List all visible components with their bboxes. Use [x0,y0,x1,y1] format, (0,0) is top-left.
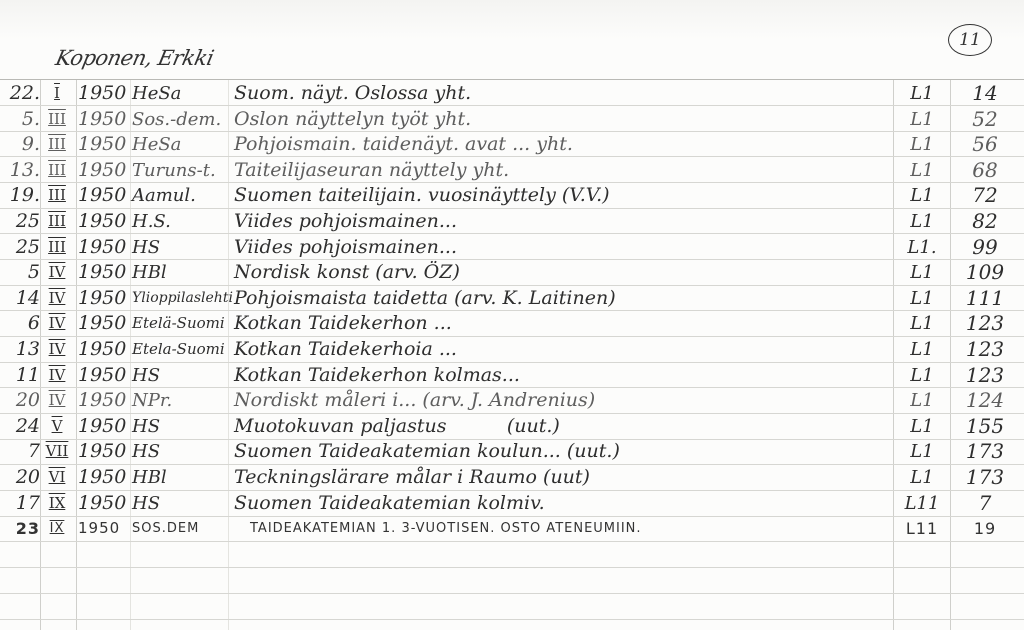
entry-title: Viides pohjoismainen... [234,208,884,234]
entry-row: 19. III 1950 Aamul. Suomen taiteilijain.… [0,182,1024,208]
entry-month: IV [42,362,72,388]
entry-page: 68 [952,157,1018,183]
entry-year: 1950 [78,464,130,490]
entry-volume: L1 [896,413,948,439]
entry-row: 7 VII 1950 HS Suomen Taideakatemian koul… [0,438,1024,464]
entry-row: 20 VI 1950 HBl Teckningslärare målar i R… [0,464,1024,490]
entry-day: 5 [2,259,40,285]
entry-page: 7 [952,490,1018,516]
entry-row: 5 IV 1950 HBl Nordisk konst (arv. ÖZ) L1… [0,259,1024,285]
entry-day: 25 [2,208,40,234]
entry-source: NPr. [132,387,232,413]
entry-row: 25 III 1950 HS Viides pohjoismainen... L… [0,234,1024,260]
entry-month: III [42,182,72,208]
entry-source: HS [132,490,232,516]
row-rule [0,541,1024,542]
entry-volume: L1 [896,80,948,106]
entry-source: HeSa [132,80,232,106]
entry-day: 19. [2,182,40,208]
entry-volume: L1 [896,182,948,208]
entry-row: 11 IV 1950 HS Kotkan Taidekerhon kolmas.… [0,362,1024,388]
entry-source: HBl [132,464,232,490]
entry-day: 9. [2,131,40,157]
entry-source: Etelä-Suomi [132,310,232,336]
entry-title: TAIDEAKATEMIAN 1. 3-VUOTISEN. OSTO ATENE… [250,515,900,541]
entry-day: 11 [2,362,40,388]
entry-page: 111 [952,285,1018,311]
entry-title: Viides pohjoismainen... [234,234,884,260]
entry-page: 124 [952,387,1018,413]
entry-title: Nordisk konst (arv. ÖZ) [234,259,884,285]
entry-volume: L1 [896,285,948,311]
entry-source: HS [132,234,232,260]
entry-day: 6 [2,310,40,336]
entry-month: VII [42,438,72,464]
entry-title: Nordiskt måleri i... (arv. J. Andrenius) [234,387,884,413]
entry-page: 99 [952,234,1018,260]
entry-year: 1950 [78,259,130,285]
entry-day: 14 [2,285,40,311]
entry-day: 20 [2,464,40,490]
entry-page: 56 [952,131,1018,157]
entry-year: 1950 [78,362,130,388]
entry-title: Pohjoismain. taidenäyt. avat ... yht. [234,131,884,157]
entry-volume: L1 [896,106,948,132]
entry-title: Suomen taiteilijain. vuosinäyttely (V.V.… [234,182,884,208]
entry-month: VI [42,464,72,490]
entry-volume: L1 [896,387,948,413]
entry-source: HS [132,413,232,439]
entry-day: 24 [2,413,40,439]
entry-volume: L11 [896,515,948,541]
entry-page: 123 [952,362,1018,388]
entry-page: 123 [952,336,1018,362]
entry-list: 22. I 1950 HeSa Suom. näyt. Oslossa yht.… [0,80,1024,541]
entry-source: HBl [132,259,232,285]
entry-source: SOS.DEM [132,515,232,541]
entry-month: III [42,106,72,132]
entry-year: 1950 [78,336,130,362]
entry-page: 173 [952,464,1018,490]
entry-row: 5. III 1950 Sos.-dem. Oslon näyttelyn ty… [0,106,1024,132]
entry-title: Suom. näyt. Oslossa yht. [234,80,884,106]
entry-year: 1950 [78,413,130,439]
entry-source: HS [132,362,232,388]
entry-source: Ylioppilaslehti [132,285,232,311]
entry-page: 155 [952,413,1018,439]
entry-month: IV [42,310,72,336]
entry-year: 1950 [78,310,130,336]
entry-volume: L1 [896,208,948,234]
entry-title: Kotkan Taidekerhon kolmas... [234,362,884,388]
entry-row: 13. III 1950 Turuns-t. Taiteilijaseuran … [0,157,1024,183]
entry-page: 173 [952,438,1018,464]
entry-volume: L1 [896,438,948,464]
entry-day: 20 [2,387,40,413]
entry-title: Kotkan Taidekerhon ... [234,310,884,336]
entry-title: Suomen Taideakatemian kolmiv. [234,490,884,516]
entry-page: 123 [952,310,1018,336]
entry-source: H.S. [132,208,232,234]
entry-row: 23 IX 1950 SOS.DEM TAIDEAKATEMIAN 1. 3-V… [0,515,1024,541]
entry-source: HS [132,438,232,464]
entry-row: 14 IV 1950 Ylioppilaslehti Pohjoismaista… [0,285,1024,311]
entry-row: 6 IV 1950 Etelä-Suomi Kotkan Taidekerhon… [0,310,1024,336]
entry-title: Muotokuvan paljastus (uut.) [234,413,884,439]
entry-volume: L1 [896,336,948,362]
entry-volume: L1 [896,131,948,157]
entry-month: IV [42,259,72,285]
entry-source: Etela-Suomi [132,336,232,362]
entry-day: 22. [2,80,40,106]
entry-month: I [42,80,72,106]
entry-volume: L1 [896,310,948,336]
entry-month: IV [42,387,72,413]
entry-day: 13 [2,336,40,362]
row-rule [0,593,1024,594]
entry-source: Turuns-t. [132,157,232,183]
entry-row: 22. I 1950 HeSa Suom. näyt. Oslossa yht.… [0,80,1024,106]
entry-volume: L1. [896,234,948,260]
entry-day: 13. [2,157,40,183]
entry-year: 1950 [78,387,130,413]
entry-source: Sos.-dem. [132,106,232,132]
entry-day: 7 [2,438,40,464]
entry-month: III [42,234,72,260]
entry-title: Teckningslärare målar i Raumo (uut) [234,464,884,490]
entry-year: 1950 [78,131,130,157]
entry-page: 52 [952,106,1018,132]
entry-row: 24 V 1950 HS Muotokuvan paljastus (uut.)… [0,413,1024,439]
entry-month: III [42,157,72,183]
index-card: Koponen, Erkki 11 22. I 1950 HeSa Suom. … [0,0,1024,630]
entry-day: 25 [2,234,40,260]
entry-volume: L1 [896,464,948,490]
entry-page: 82 [952,208,1018,234]
artist-name: Koponen, Erkki [53,46,215,70]
entry-row: 13 IV 1950 Etela-Suomi Kotkan Taidekerho… [0,336,1024,362]
entry-year: 1950 [78,515,130,541]
entry-row: 9. III 1950 HeSa Pohjoismain. taidenäyt.… [0,131,1024,157]
entry-source: Aamul. [132,182,232,208]
entry-year: 1950 [78,438,130,464]
row-rule [0,567,1024,568]
entry-month: III [42,208,72,234]
entry-page: 19 [952,515,1018,541]
entry-title: Kotkan Taidekerhoia ... [234,336,884,362]
entry-row: 17 IX 1950 HS Suomen Taideakatemian kolm… [0,490,1024,516]
entry-volume: L1 [896,157,948,183]
entry-title: Oslon näyttelyn työt yht. [234,106,884,132]
entry-title: Pohjoismaista taidetta (arv. K. Laitinen… [234,285,884,311]
entry-volume: L1 [896,362,948,388]
entry-page: 109 [952,259,1018,285]
entry-day: 23 [2,515,40,541]
entry-month: IX [42,515,72,541]
entry-page: 72 [952,182,1018,208]
entry-month: IV [42,285,72,311]
entry-row: 20 IV 1950 NPr. Nordiskt måleri i... (ar… [0,387,1024,413]
entry-day: 5. [2,106,40,132]
entry-page: 14 [952,80,1018,106]
entry-volume: L1 [896,259,948,285]
entry-year: 1950 [78,182,130,208]
card-number-badge: 11 [948,24,992,56]
entry-year: 1950 [78,490,130,516]
entry-volume: L11 [896,490,948,516]
entry-title: Suomen Taideakatemian koulun... (uut.) [234,438,884,464]
entry-title: Taiteilijaseuran näyttely yht. [234,157,884,183]
entry-year: 1950 [78,285,130,311]
row-rule [0,619,1024,620]
entry-month: V [42,413,72,439]
entry-year: 1950 [78,157,130,183]
entry-year: 1950 [78,106,130,132]
entry-row: 25 III 1950 H.S. Viides pohjoismainen...… [0,208,1024,234]
entry-year: 1950 [78,208,130,234]
entry-month: IV [42,336,72,362]
entry-source: HeSa [132,131,232,157]
entry-year: 1950 [78,234,130,260]
entry-year: 1950 [78,80,130,106]
entry-day: 17 [2,490,40,516]
entry-month: III [42,131,72,157]
entry-month: IX [42,490,72,516]
